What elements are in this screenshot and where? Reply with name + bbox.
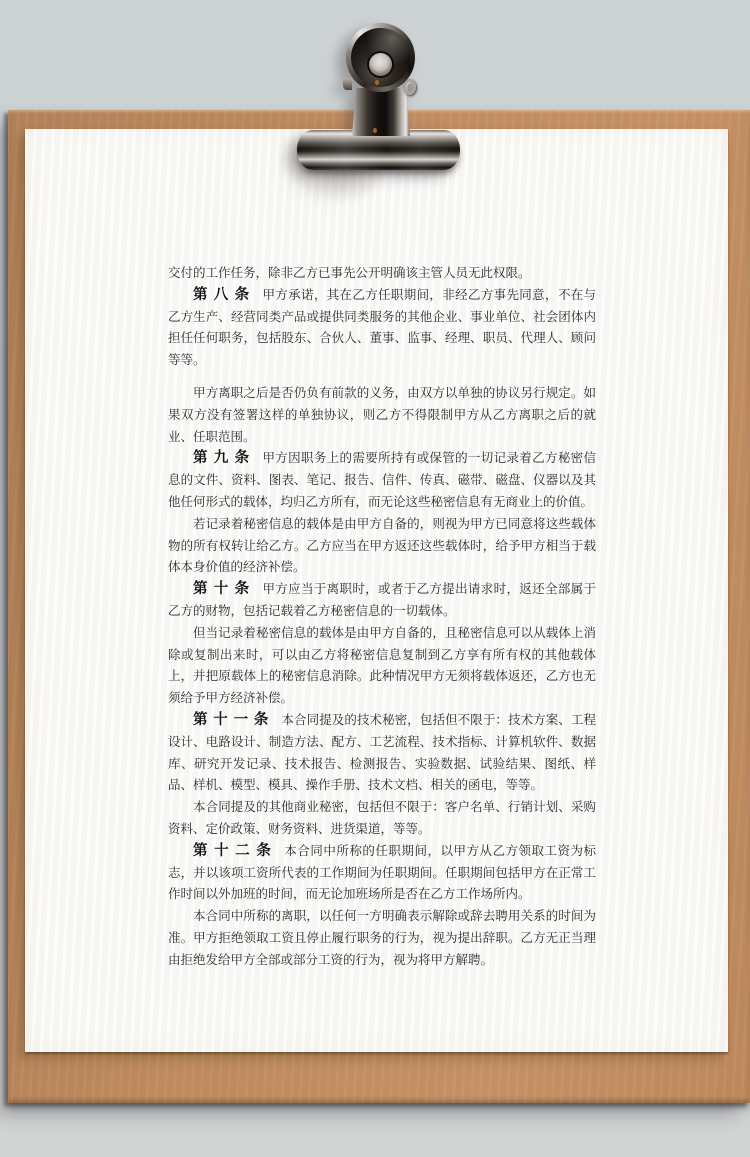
paragraph-text: 若记录着秘密信息的载体是由甲方自备的，则视为甲方已同意将这些载体物的所有权转让给… bbox=[168, 517, 596, 575]
clip-left-stub bbox=[343, 78, 352, 90]
clip-reflection-dot bbox=[375, 80, 379, 85]
paragraph: 交付的工作任务，除非乙方已事先公开明确该主管人员无此权限。 bbox=[168, 263, 596, 285]
paragraph: 但当记录着秘密信息的载体是由甲方自备的，且秘密信息可以从载体上消除或复制出来时，… bbox=[168, 623, 596, 710]
clip-reflection-dot bbox=[373, 128, 377, 133]
article-number: 第 十 二 条 bbox=[193, 843, 272, 859]
contract-page: 交付的工作任务，除非乙方已事先公开明确该主管人员无此权限。 第 八 条甲方承诺，… bbox=[25, 129, 728, 1052]
paragraph-text: 但当记录着秘密信息的载体是由甲方自备的，且秘密信息可以从载体上消除或复制出来时，… bbox=[168, 626, 596, 705]
clip-bar bbox=[297, 130, 460, 170]
paragraph: 第 十 条甲方应当于离职时，或者于乙方提出请求时，返还全部属于乙方的财物，包括记… bbox=[168, 579, 596, 623]
paragraph: 本合同中所称的离职，以任何一方明确表示解除或辞去聘用关系的时间为准。甲方拒绝领取… bbox=[168, 906, 596, 971]
paragraph: 若记录着秘密信息的载体是由甲方自备的，则视为甲方已同意将这些载体物的所有权转让给… bbox=[168, 514, 596, 579]
paragraph: 第 十 二 条本合同中所称的任职期间，以甲方从乙方领取工资为标志，并以该项工资所… bbox=[168, 841, 596, 906]
paragraph-text: 甲方离职之后是否仍负有前款的义务，由双方以单独的协议另行规定。如果双方没有签署这… bbox=[168, 386, 596, 444]
paragraph: 第 八 条甲方承诺，其在乙方任职期间，非经乙方事先同意，不在与乙方生产、经营同类… bbox=[168, 285, 596, 372]
contract-text: 交付的工作任务，除非乙方已事先公开明确该主管人员无此权限。 第 八 条甲方承诺，… bbox=[168, 263, 596, 972]
article-number: 第 九 条 bbox=[193, 450, 250, 466]
paragraph: 本合同提及的其他商业秘密，包括但不限于：客户名单、行销计划、采购资料、定价政策、… bbox=[168, 797, 596, 841]
clipboard-board: 交付的工作任务，除非乙方已事先公开明确该主管人员无此权限。 第 八 条甲方承诺，… bbox=[8, 110, 750, 1103]
paragraph-text: 交付的工作任务，除非乙方已事先公开明确该主管人员无此权限。 bbox=[168, 266, 531, 280]
paragraph: 第 十 一 条本合同提及的技术秘密，包括但不限于：技术方案、工程设计、电路设计、… bbox=[168, 710, 596, 797]
paragraph: 第 九 条甲方因职务上的需要所持有或保管的一切记录着乙方秘密信息的文件、资料、图… bbox=[168, 448, 596, 513]
clip-hole bbox=[369, 53, 392, 76]
paragraph: 甲方离职之后是否仍负有前款的义务，由双方以单独的协议另行规定。如果双方没有签署这… bbox=[168, 383, 596, 448]
binder-clip bbox=[296, 22, 464, 174]
paragraph-text: 本合同中所称的离职，以任何一方明确表示解除或辞去聘用关系的时间为准。甲方拒绝领取… bbox=[168, 909, 596, 967]
article-number: 第 十 一 条 bbox=[193, 712, 269, 728]
clip-neck bbox=[352, 88, 410, 136]
article-number: 第 十 条 bbox=[193, 581, 250, 597]
paragraph-text: 本合同提及的其他商业秘密，包括但不限于：客户名单、行销计划、采购资料、定价政策、… bbox=[168, 800, 596, 836]
article-number: 第 八 条 bbox=[193, 287, 250, 303]
